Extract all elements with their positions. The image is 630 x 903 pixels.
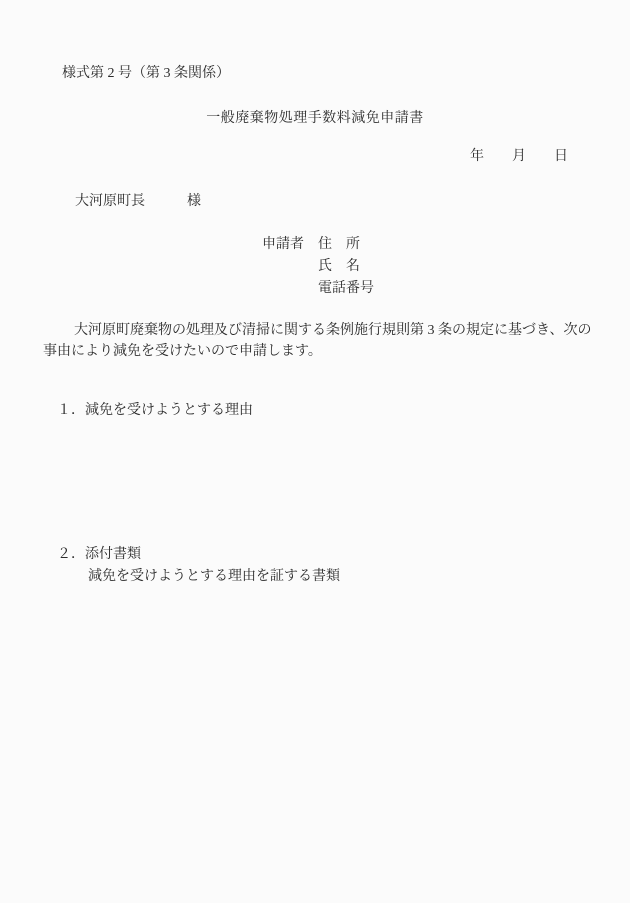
- applicant-fields: 住 所 氏 名 電話番号: [318, 234, 374, 300]
- document-title: 一般廃棄物処理手数料減免申請書: [0, 109, 630, 129]
- applicant-field-phone: 電話番号: [318, 278, 374, 300]
- application-form-page: 様式第 2 号（第 3 条関係） 一般廃棄物処理手数料減免申請書 年 月 日 大…: [0, 0, 630, 903]
- body-line-2: 事由により減免を受けたいので申請します。: [43, 341, 603, 362]
- section-2-heading: ２．添付書類: [57, 545, 141, 565]
- form-number: 様式第 2 号（第 3 条関係）: [62, 64, 230, 84]
- applicant-field-name: 氏 名: [318, 256, 374, 278]
- body-paragraph: 大河原町廃棄物の処理及び清掃に関する条例施行規則第 3 条の規定に基づき、次の …: [43, 320, 603, 362]
- applicant-field-address: 住 所: [318, 234, 374, 256]
- applicant-block: 申請者 住 所 氏 名 電話番号: [262, 234, 374, 300]
- recipient-line: 大河原町長 様: [75, 192, 201, 212]
- body-line-1: 大河原町廃棄物の処理及び清掃に関する条例施行規則第 3 条の規定に基づき、次の: [43, 320, 603, 341]
- section-1-heading: １．減免を受けようとする理由: [57, 401, 253, 421]
- applicant-label: 申請者: [262, 234, 304, 256]
- date-line: 年 月 日: [470, 147, 568, 167]
- section-2-item: 減免を受けようとする理由を証する書類: [88, 567, 340, 587]
